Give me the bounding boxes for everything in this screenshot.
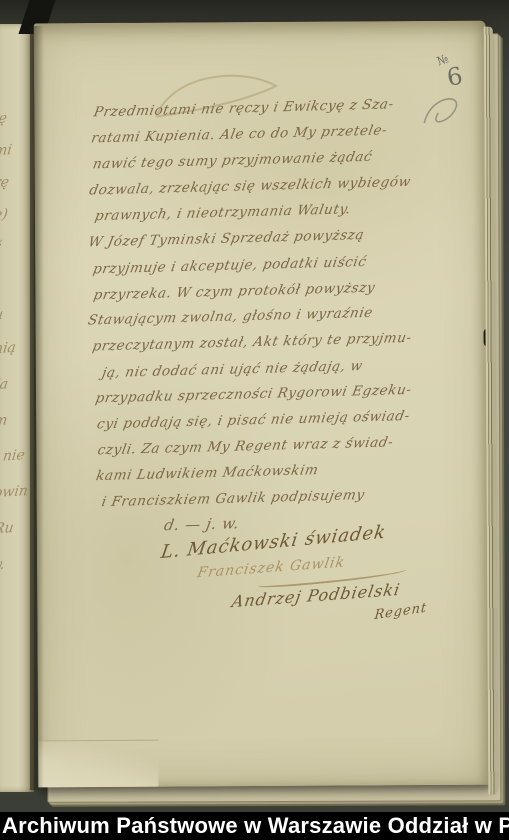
manuscript-line: przyjmuje i akceptuje, podatki uiścić [92,254,368,277]
cutoff-handwriting-fragment: i [0,271,31,290]
manuscript-line: Przedmiotami nie ręczy i Ewikcyę z Sza- [92,96,395,120]
cutoff-handwriting-fragment: rę [0,173,31,192]
manuscript-line: czyli. Za czym My Regent wraz z świad- [96,434,395,458]
page-corner-fold [38,740,158,788]
manuscript-line: i Franciszkiem Gawlik podpisujemy [100,487,366,510]
manuscript-line: kami Ludwikiem Maćkowskim [95,462,320,484]
cutoff-handwriting-fragment: Ru [0,519,31,538]
binding-crease-shadow [30,26,44,790]
signature-regent-name: Andrzej Podbielski [230,580,402,611]
manuscript-closing: d. — j. w. [163,514,241,534]
manuscript-line: nawić tego sumy przyjmowanie żądać [91,149,373,173]
manuscript-line: ratami Kupienia. Ale co do My przetele- [90,122,389,146]
manuscript-line: przypadku sprzeczności Rygorowi Egzeku- [94,382,413,407]
page-edge-notch [484,329,492,347]
manuscript-line: W Józef Tyminski Sprzedaż powyższą [87,227,366,251]
manuscript-line: cyi poddają się, i pisać nie umieją oświ… [96,408,412,433]
cutoff-handwriting-fragment: Ja [0,375,31,394]
cutoff-handwriting-fragment: mi [0,141,31,160]
cutoff-handwriting-fragment: m [0,411,31,430]
manuscript-page: № 6 Przedmiotami nie ręczy i Ewikcyę z S… [34,21,491,788]
cutoff-handwriting-fragment: e) [0,205,31,224]
handwritten-text-block: Przedmiotami nie ręczy i Ewikcyę z Sza- … [28,18,495,791]
previous-page-edge: ię mi rę e) ś i u nią Ja m i nie owin Ru… [0,24,34,792]
cutoff-handwriting-fragment: u [0,305,31,324]
manuscript-line: przyrzeka. W czym protokół powyższy [92,280,377,304]
cutoff-handwriting-fragment: owin [0,483,31,502]
manuscript-line: przeczytanym został, Akt który te przyjm… [91,330,413,355]
cutoff-handwriting-fragment: nią [0,339,31,358]
cutoff-handwriting-fragment: ś [0,237,31,256]
cutoff-handwriting-fragment: i nie [0,447,31,466]
manuscript-line: ją, nic dodać ani ująć nie żądają, w [101,358,365,381]
archive-watermark-bar: Archiwum Państwowe w Warszawie Oddział w… [0,812,509,840]
manuscript-line: dozwala, zrzekając się wszelkich wybiegó… [88,174,412,199]
manuscript-line: prawnych, i nieotrzymania Waluty. [94,201,353,224]
cutoff-handwriting-fragment: y. [0,555,31,574]
manuscript-line: Stawającym zwolna, głośno i wyraźnie [87,305,375,329]
archive-watermark-label: Archiwum Państwowe w Warszawie Oddział w… [0,813,509,839]
cutoff-handwriting-fragment: ię [0,109,31,128]
signature-regent-title: Regent [374,600,428,623]
archival-scan-photo: ię mi rę e) ś i u nią Ja m i nie owin Ru… [0,0,509,840]
